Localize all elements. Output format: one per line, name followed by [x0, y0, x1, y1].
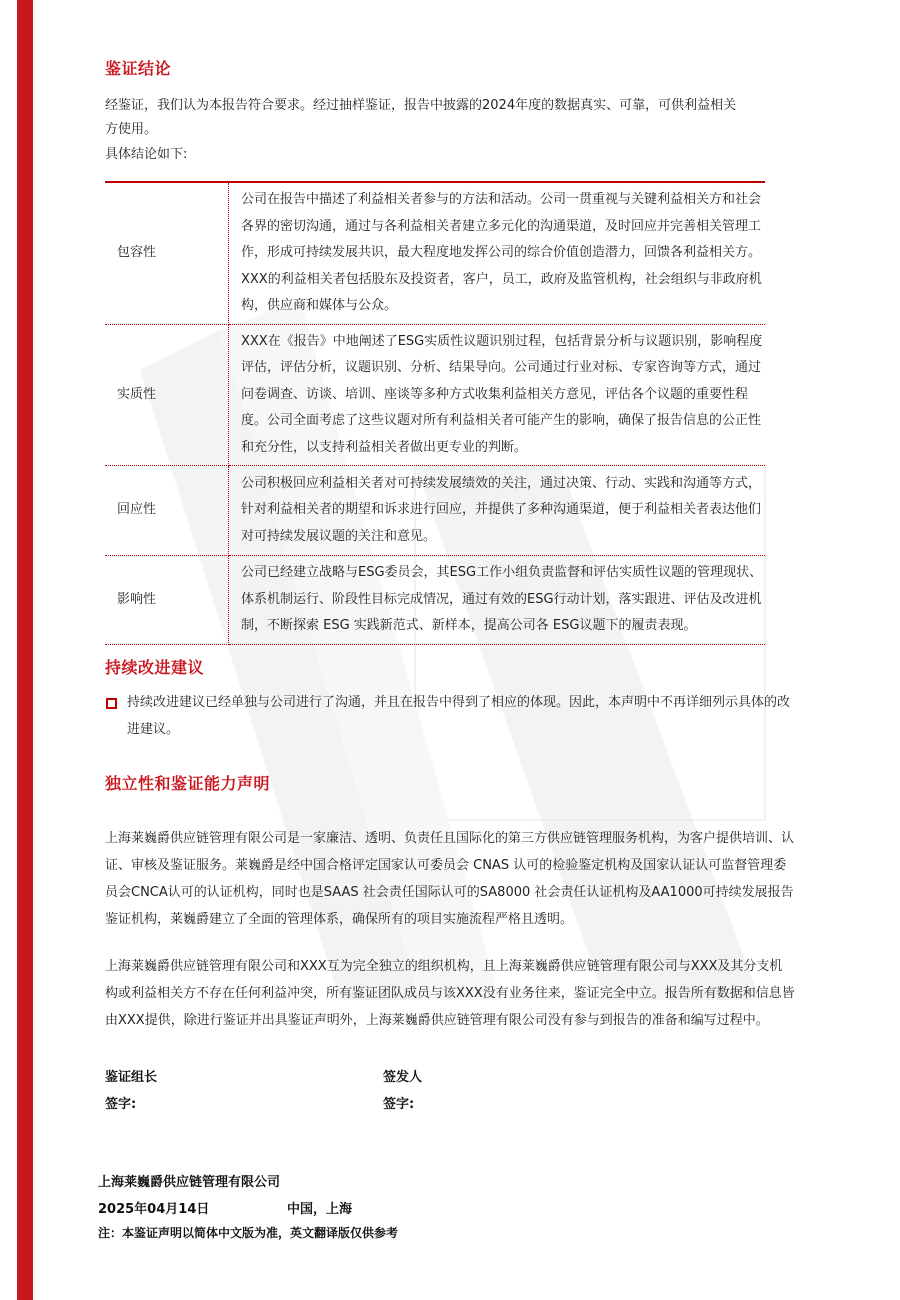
issuer-title: 签发人: [383, 1066, 422, 1085]
issuer-signature: 签字:: [383, 1093, 414, 1112]
improvement-heading: 持续改进建议: [105, 655, 204, 678]
principle-label: 影响性: [105, 556, 229, 645]
footer-note: 注：本鉴证声明以简体中文版为准，英文翻译版仅供参考: [98, 1224, 398, 1241]
conclusion-heading: 鉴证结论: [105, 56, 171, 79]
improvement-bullet: 持续改进建议已经单独与公司进行了沟通，并且在报告中得到了相应的体现。因此，本声明…: [105, 689, 795, 743]
improvement-text: 持续改进建议已经单独与公司进行了沟通，并且在报告中得到了相应的体现。因此，本声明…: [127, 689, 795, 743]
footer-location: 中国，上海: [287, 1198, 352, 1217]
footer-date: 2025年04月14日: [98, 1198, 209, 1217]
table-row: 影响性 公司已经建立战略与ESG委员会，其ESG工作小组负责监督和评估实质性议题…: [105, 556, 765, 645]
independence-paragraph-2: 上海莱巍爵供应链管理有限公司和XXX互为完全独立的组织机构，且上海莱巍爵供应链管…: [105, 953, 795, 1034]
principle-description: 公司在报告中描述了利益相关者参与的方法和活动。公司一贯重视与关键利益相关方和社会…: [229, 182, 766, 324]
independence-paragraph-1: 上海莱巍爵供应链管理有限公司是一家廉洁、透明、负责任且国际化的第三方供应链管理服…: [105, 825, 795, 933]
conclusion-intro-line-1: 经鉴证，我们认为本报告符合要求。经过抽样鉴证，报告中披露的2024年度的数据真实…: [105, 92, 795, 119]
principle-description: XXX在《报告》中地阐述了ESG实质性议题识别过程，包括背景分析与议题识别，影响…: [229, 324, 766, 466]
principle-label: 实质性: [105, 324, 229, 466]
table-row: 回应性 公司积极回应利益相关者对可持续发展绩效的关注，通过决策、行动、实践和沟通…: [105, 466, 765, 556]
principle-description: 公司已经建立战略与ESG委员会，其ESG工作小组负责监督和评估实质性议题的管理现…: [229, 556, 766, 645]
independence-heading: 独立性和鉴证能力声明: [105, 771, 270, 794]
conclusion-table: 包容性 公司在报告中描述了利益相关者参与的方法和活动。公司一贯重视与关键利益相关…: [105, 181, 765, 645]
assurance-leader-title: 鉴证组长: [105, 1066, 157, 1085]
footer-company: 上海莱巍爵供应链管理有限公司: [98, 1171, 280, 1190]
principle-label: 回应性: [105, 466, 229, 556]
square-bullet-icon: [106, 698, 117, 709]
left-accent-bar: [17, 0, 33, 1300]
table-row: 包容性 公司在报告中描述了利益相关者参与的方法和活动。公司一贯重视与关键利益相关…: [105, 182, 765, 324]
principle-label: 包容性: [105, 182, 229, 324]
principle-description: 公司积极回应利益相关者对可持续发展绩效的关注，通过决策、行动、实践和沟通等方式，…: [229, 466, 766, 556]
table-row: 实质性 XXX在《报告》中地阐述了ESG实质性议题识别过程，包括背景分析与议题识…: [105, 324, 765, 466]
assurance-leader-signature: 签字:: [105, 1093, 136, 1112]
conclusion-intro-line-2: 方使用。: [105, 116, 795, 143]
conclusion-intro-line-3: 具体结论如下:: [105, 141, 795, 168]
